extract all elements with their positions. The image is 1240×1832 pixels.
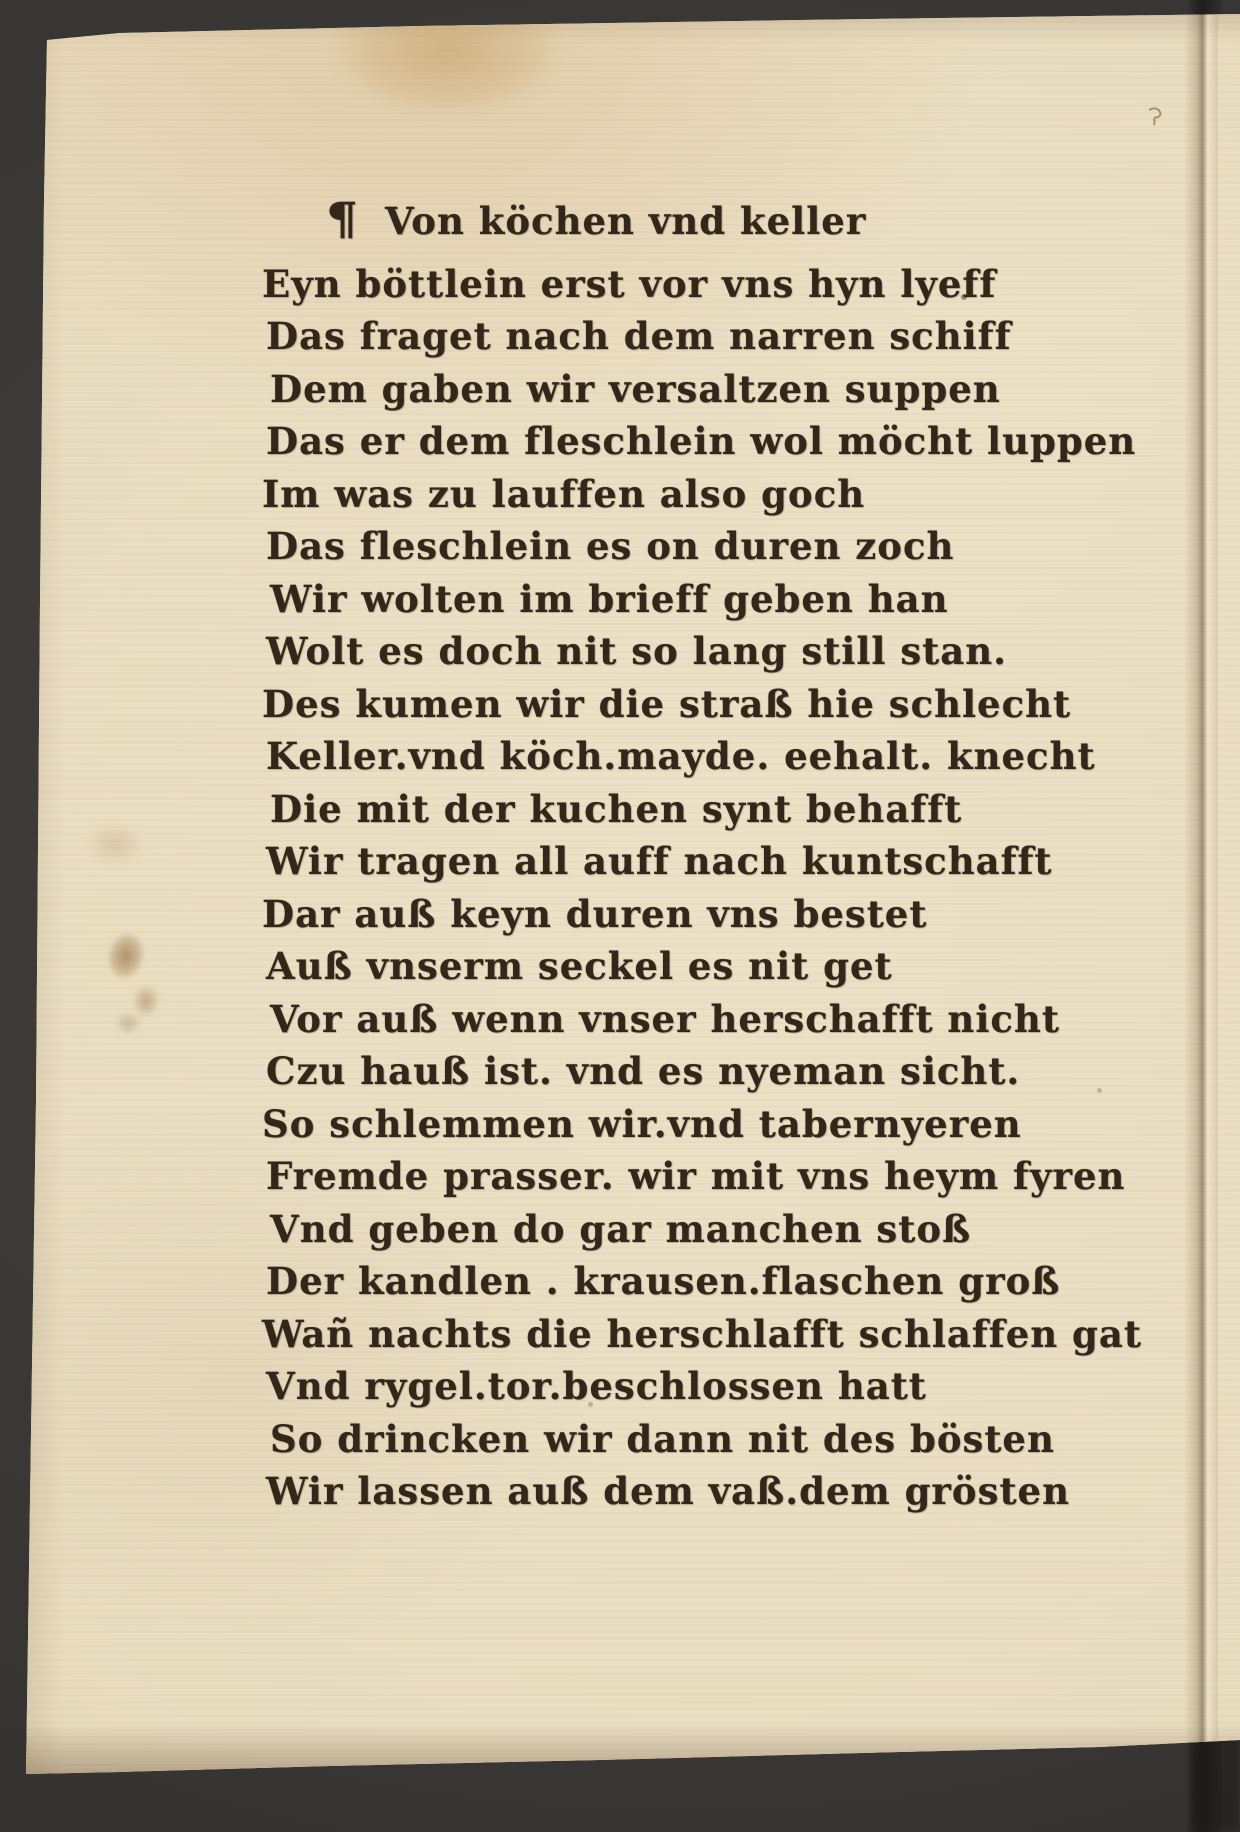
paper-edge-shadow-top [0,0,1240,42]
verse-line: Keller.vnd köch.mayde. eehalt. knecht [266,730,1142,783]
ink-scribble [1146,106,1164,128]
paper-stain [76,816,154,872]
verse-line: So schlemmen wir.vnd tabernyeren [262,1098,1142,1151]
paper-stain [110,1008,146,1038]
paper-edge-shadow-left [0,0,64,1832]
verse-line: Im was zu lauffen also goch [262,468,1142,521]
verse-line: Eyn böttlein erst vor vns hyn lyeff [262,258,1142,311]
verse-line: Dar auß keyn duren vns bestet [262,888,1142,941]
verse-line: Des kumen wir die straß hie schlecht [262,678,1142,731]
verse-line: Wolt es doch nit so lang still stan. [266,625,1142,678]
verse-line: Das fraget nach dem narren schiff [266,310,1142,363]
chapter-title: Von köchen vnd keller [385,199,866,243]
book-page: ¶Von köchen vnd keller Eyn böttlein erst… [0,0,1240,1832]
verse-line: Die mit der kuchen synt behafft [270,783,1142,836]
pilcrow-mark: ¶ [326,194,359,247]
verse-line: Das fleschlein es on duren zoch [266,520,1142,573]
paper-edge-shadow-bottom [0,1724,1240,1776]
verse-line: Wir wolten im brieff geben han [270,573,1142,626]
scan-background: ¶Von köchen vnd keller Eyn böttlein erst… [0,0,1240,1832]
chapter-heading: ¶Von köchen vnd keller [328,194,1142,248]
verse-line: Wir lassen auß dem vaß.dem grösten [266,1465,1142,1518]
verse-line: Fremde prasser. wir mit vns heym fyren [266,1150,1142,1203]
verse-line: Der kandlen . krausen.flaschen groß [266,1255,1142,1308]
verse-line: Wir tragen all auff nach kuntschafft [266,835,1142,888]
verse-line: Vnd rygel.tor.beschlossen hatt [266,1360,1142,1413]
verse-line: Wañ nachts die herschlafft schlaffen gat [262,1308,1142,1361]
page-text: ¶Von köchen vnd keller Eyn böttlein erst… [262,194,1142,1518]
verse-line: Auß vnserm seckel es nit get [266,940,1142,993]
paper-crease [1184,0,1218,1832]
verse-line: Vnd geben do gar manchen stoß [270,1203,1142,1256]
verse-line: Czu hauß ist. vnd es nyeman sicht. [266,1045,1142,1098]
verse-line: Vor auß wenn vnser herschafft nicht [270,993,1142,1046]
verse-line: Das er dem fleschlein wol möcht luppen [266,415,1142,468]
verse-line: Dem gaben wir versaltzen suppen [270,363,1142,416]
verse-line: So drincken wir dann nit des bösten [270,1413,1142,1466]
